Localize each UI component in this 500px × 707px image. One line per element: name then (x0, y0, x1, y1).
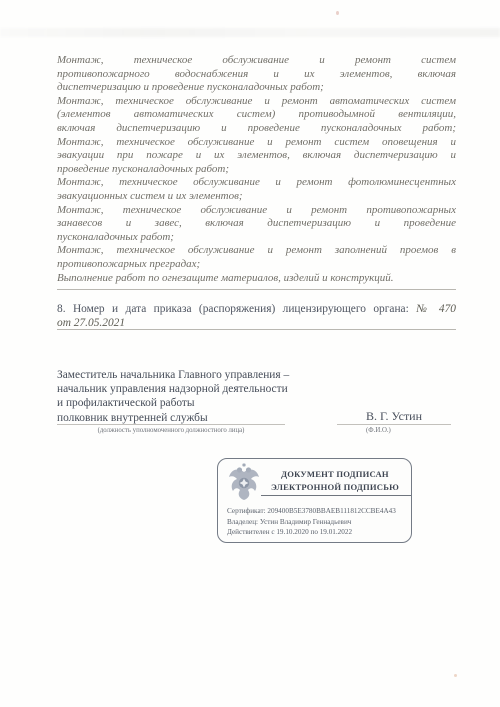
electronic-signature-stamp: ДОКУМЕНТ ПОДПИСАН ЭЛЕКТРОННОЙ ПОДПИСЬЮ С… (217, 458, 412, 543)
works-line: эвакуации при пожаре и их элементов, вкл… (57, 149, 456, 163)
stamp-title-line1: ДОКУМЕНТ ПОДПИСАН (262, 468, 408, 481)
signatory-name: В. Г. Устин (337, 409, 451, 424)
works-line: Монтаж, техническое обслуживание и ремон… (57, 244, 456, 258)
position-line: начальник управления надзорной деятельно… (57, 382, 337, 396)
certificate-value: 209400B5E3780BBAEB111812CCBE4A43 (267, 507, 395, 515)
validity-line: Действителен с 19.10.2020 по 19.01.2022 (227, 527, 407, 538)
works-line: включая диспетчеризацию и проведение пус… (57, 122, 456, 136)
scan-artifact-speck (336, 11, 339, 15)
order-number: № 470 (416, 303, 456, 315)
position-line: полковник внутренней службы (57, 411, 337, 425)
stamp-divider-line (261, 495, 411, 496)
position-caption: (должность уполномоченного должностного … (57, 427, 285, 434)
name-caption: (Ф.И.О.) (366, 427, 391, 434)
licensed-works-list: Монтаж, техническое обслуживание и ремон… (57, 54, 456, 285)
order-underline (57, 329, 456, 330)
works-line: Монтаж, техническое обслуживание и ремон… (57, 95, 456, 109)
works-line: занавесов и завес, включая диспетчеризац… (57, 217, 456, 231)
certificate-label: Сертификат: (227, 507, 266, 515)
works-line: Монтаж, техническое обслуживание и ремон… (57, 204, 456, 218)
scan-artifact-band (0, 28, 500, 37)
works-line: Монтаж, техническое обслуживание и ремон… (57, 176, 456, 190)
position-underline (57, 424, 285, 425)
mchs-eagle-emblem-icon (228, 463, 260, 501)
document-page: Монтаж, техническое обслуживание и ремон… (0, 0, 500, 707)
order-date: от 27.05.2021 (57, 316, 456, 330)
works-line: проведение пусконаладочных работ; (57, 163, 456, 177)
order-label: 8. Номер и дата приказа (распоряжения) л… (57, 303, 409, 315)
order-line: 8. Номер и дата приказа (распоряжения) л… (57, 302, 456, 316)
works-line: противопожарных преградах; (57, 258, 456, 272)
position-line: и профилактической работы (57, 396, 337, 410)
owner-label: Владелец: (227, 518, 258, 526)
works-line: противопожарного водоснабжения и их элем… (57, 68, 456, 82)
owner-line: Владелец: Устин Владимир Геннадьевич (227, 517, 407, 528)
works-line: Монтаж, техническое обслуживание и ремон… (57, 136, 456, 150)
owner-value: Устин Владимир Геннадьевич (260, 518, 352, 526)
works-line: Выполнение работ по огнезащите материало… (57, 272, 456, 286)
works-line: эвакуационных систем и их элементов; (57, 190, 456, 204)
works-line: диспетчеризацию и проведение пусконаладо… (57, 81, 456, 95)
section-divider-line (57, 289, 456, 290)
stamp-title-line2: ЭЛЕКТРОННОЙ ПОДПИСЬЮ (262, 481, 408, 494)
order-section: 8. Номер и дата приказа (распоряжения) л… (57, 302, 456, 330)
works-line: Монтаж, техническое обслуживание и ремон… (57, 54, 456, 68)
certificate-line: Сертификат: 209400B5E3780BBAEB111812CCBE… (227, 506, 407, 517)
works-line: (элементов автоматических систем) против… (57, 108, 456, 122)
scan-artifact-speck (454, 674, 457, 677)
position-line: Заместитель начальника Главного управлен… (57, 368, 337, 382)
stamp-title: ДОКУМЕНТ ПОДПИСАН ЭЛЕКТРОННОЙ ПОДПИСЬЮ (262, 468, 408, 493)
name-underline (337, 424, 451, 425)
signatory-position: Заместитель начальника Главного управлен… (57, 368, 337, 425)
stamp-certificate-info: Сертификат: 209400B5E3780BBAEB111812CCBE… (227, 506, 407, 538)
works-line: пусконаладочных работ; (57, 231, 456, 245)
